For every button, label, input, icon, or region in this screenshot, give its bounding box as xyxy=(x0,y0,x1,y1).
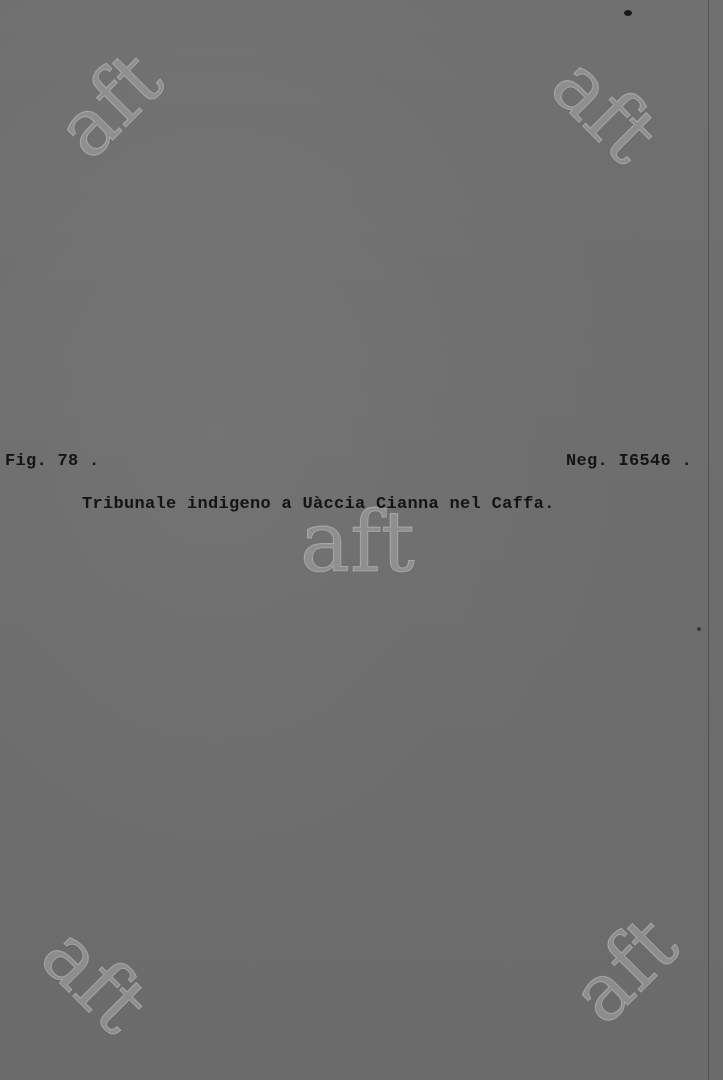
watermark-bottom-left: aft xyxy=(28,913,162,1047)
page-edge-line xyxy=(708,0,709,1080)
dust-speck xyxy=(697,627,701,631)
watermark-bottom-right: aft xyxy=(558,903,692,1037)
figure-number: Fig. 78 . xyxy=(5,452,100,471)
watermark-top-right: aft xyxy=(538,43,672,177)
figure-caption: Tribunale indigeno a Uàccia Cianna nel C… xyxy=(82,495,555,514)
scanned-document-page: aft aft aft aft aft Fig. 78 . Neg. I6546… xyxy=(0,0,723,1080)
dust-speck xyxy=(624,10,632,16)
watermark-top-left: aft xyxy=(43,38,177,172)
negative-number: Neg. I6546 . xyxy=(566,452,692,471)
